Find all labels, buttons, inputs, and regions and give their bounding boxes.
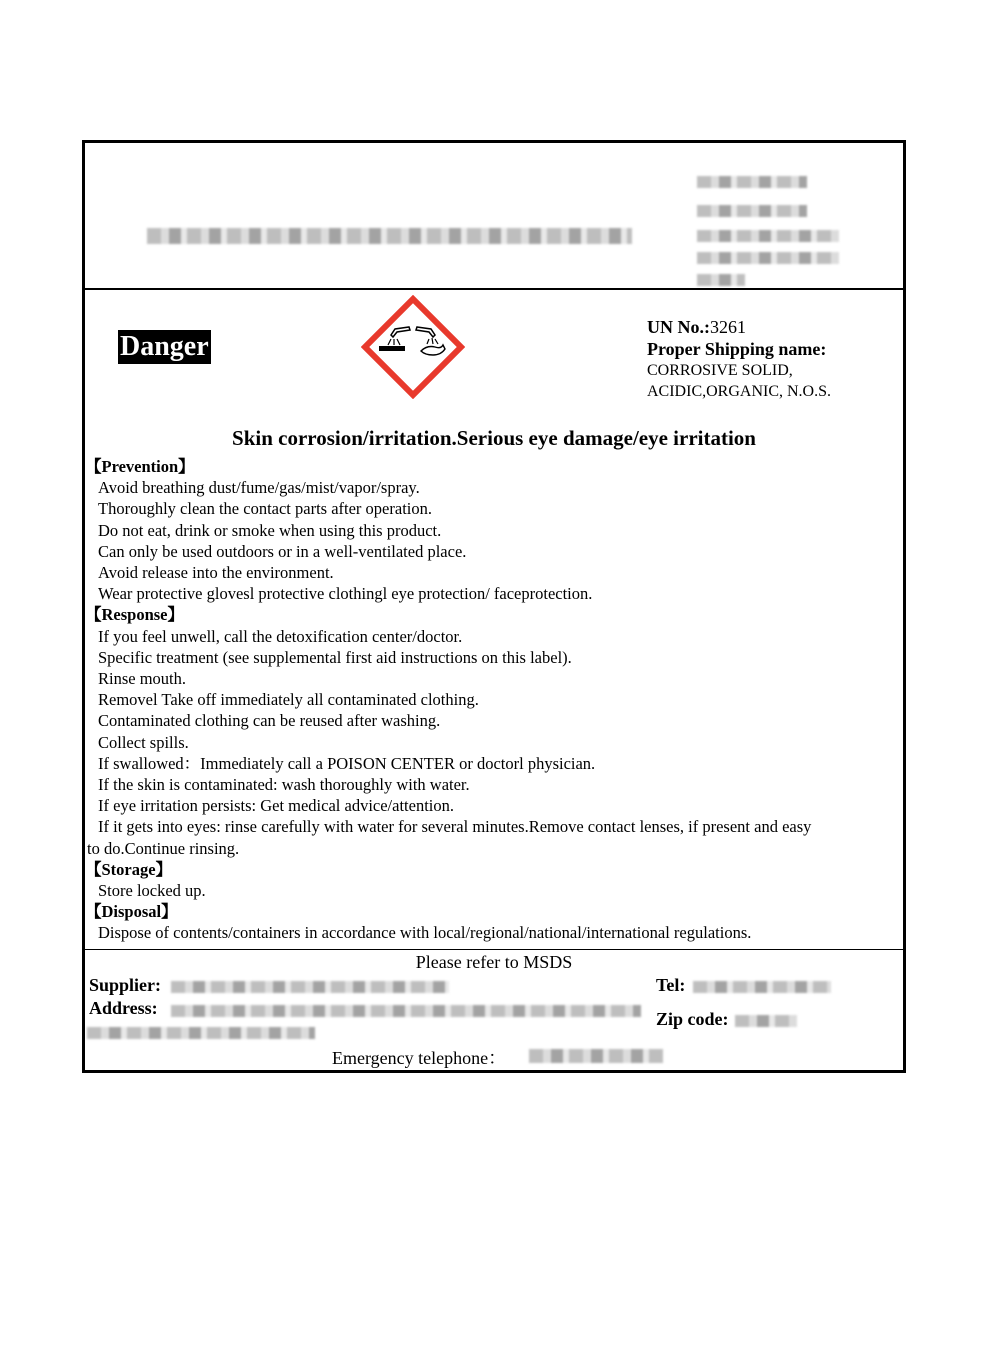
hazard-statement: Skin corrosion/irritation.Serious eye da… [85,426,903,451]
response-line: If the skin is contaminated: wash thorou… [87,774,899,795]
response-line: Specific treatment (see supplemental fir… [87,647,899,668]
address-redacted-2 [87,1027,315,1039]
shipping-name-line2: ACIDIC,ORGANIC, N.O.S. [647,381,831,402]
transport-info: UN No.:3261 Proper Shipping name: CORROS… [647,316,831,402]
un-number-label: UN No.: [647,317,710,337]
header-info-redacted [697,176,807,188]
prevention-line: Thoroughly clean the contact parts after… [87,498,899,519]
emergency-label: Emergency telephone： [332,1044,506,1070]
precautionary-statements: 【Prevention】 Avoid breathing dust/fume/g… [87,456,899,944]
refer-msds: Please refer to MSDS [85,952,903,973]
shipping-name-label: Proper Shipping name: [647,338,831,360]
response-line: If eye irritation persists: Get medical … [87,795,899,816]
section-response-title: 【Response】 [85,604,899,625]
product-name-redacted [147,228,632,244]
response-line: If you feel unwell, call the detoxificat… [87,626,899,647]
address-redacted [171,1005,641,1017]
shipping-name-line1: CORROSIVE SOLID, [647,360,831,381]
storage-line: Store locked up. [87,880,899,901]
header-info-redacted-5 [697,274,745,286]
prevention-line: Wear protective glovesl protective cloth… [87,583,899,604]
supplier-redacted [171,981,449,993]
supplier-label: Supplier: [89,975,161,996]
section-prevention-title: 【Prevention】 [85,456,899,477]
header-info-redacted-4 [697,252,839,264]
emergency-redacted [529,1049,663,1063]
response-line: Rinse mouth. [87,668,899,689]
prevention-line: Avoid breathing dust/fume/gas/mist/vapor… [87,477,899,498]
response-line: Contaminated clothing can be reused afte… [87,710,899,731]
label-header [85,143,903,290]
section-disposal-title: 【Disposal】 [85,901,899,922]
ghs-label: Danger UN No.:3261 Proper Shipping name:… [82,140,906,1073]
section-storage-title: 【Storage】 [85,859,899,880]
signal-word: Danger [118,330,211,364]
tel-label: Tel: [656,975,685,996]
response-line: If swallowed：Immediately call a POISON C… [87,753,899,774]
disposal-line: Dispose of contents/containers in accord… [87,922,899,943]
header-info-redacted-3 [697,230,839,242]
zip-redacted [735,1015,797,1027]
prevention-line: Avoid release into the environment. [87,562,899,583]
header-info-redacted-2 [697,205,807,217]
corrosion-pictogram-icon [361,295,465,399]
prevention-line: Can only be used outdoors or in a well-v… [87,541,899,562]
un-number-value: 3261 [710,317,746,337]
supplier-footer: Please refer to MSDS Supplier: Address: … [85,949,903,1071]
prevention-line: Do not eat, drink or smoke when using th… [87,520,899,541]
address-label: Address: [89,998,158,1019]
tel-redacted [693,981,831,993]
response-line: to do.Continue rinsing. [87,838,899,859]
response-line: If it gets into eyes: rinse carefully wi… [87,816,899,837]
response-line: Collect spills. [87,732,899,753]
zip-label: Zip code: [656,1009,729,1030]
response-line: Removel Take off immediately all contami… [87,689,899,710]
